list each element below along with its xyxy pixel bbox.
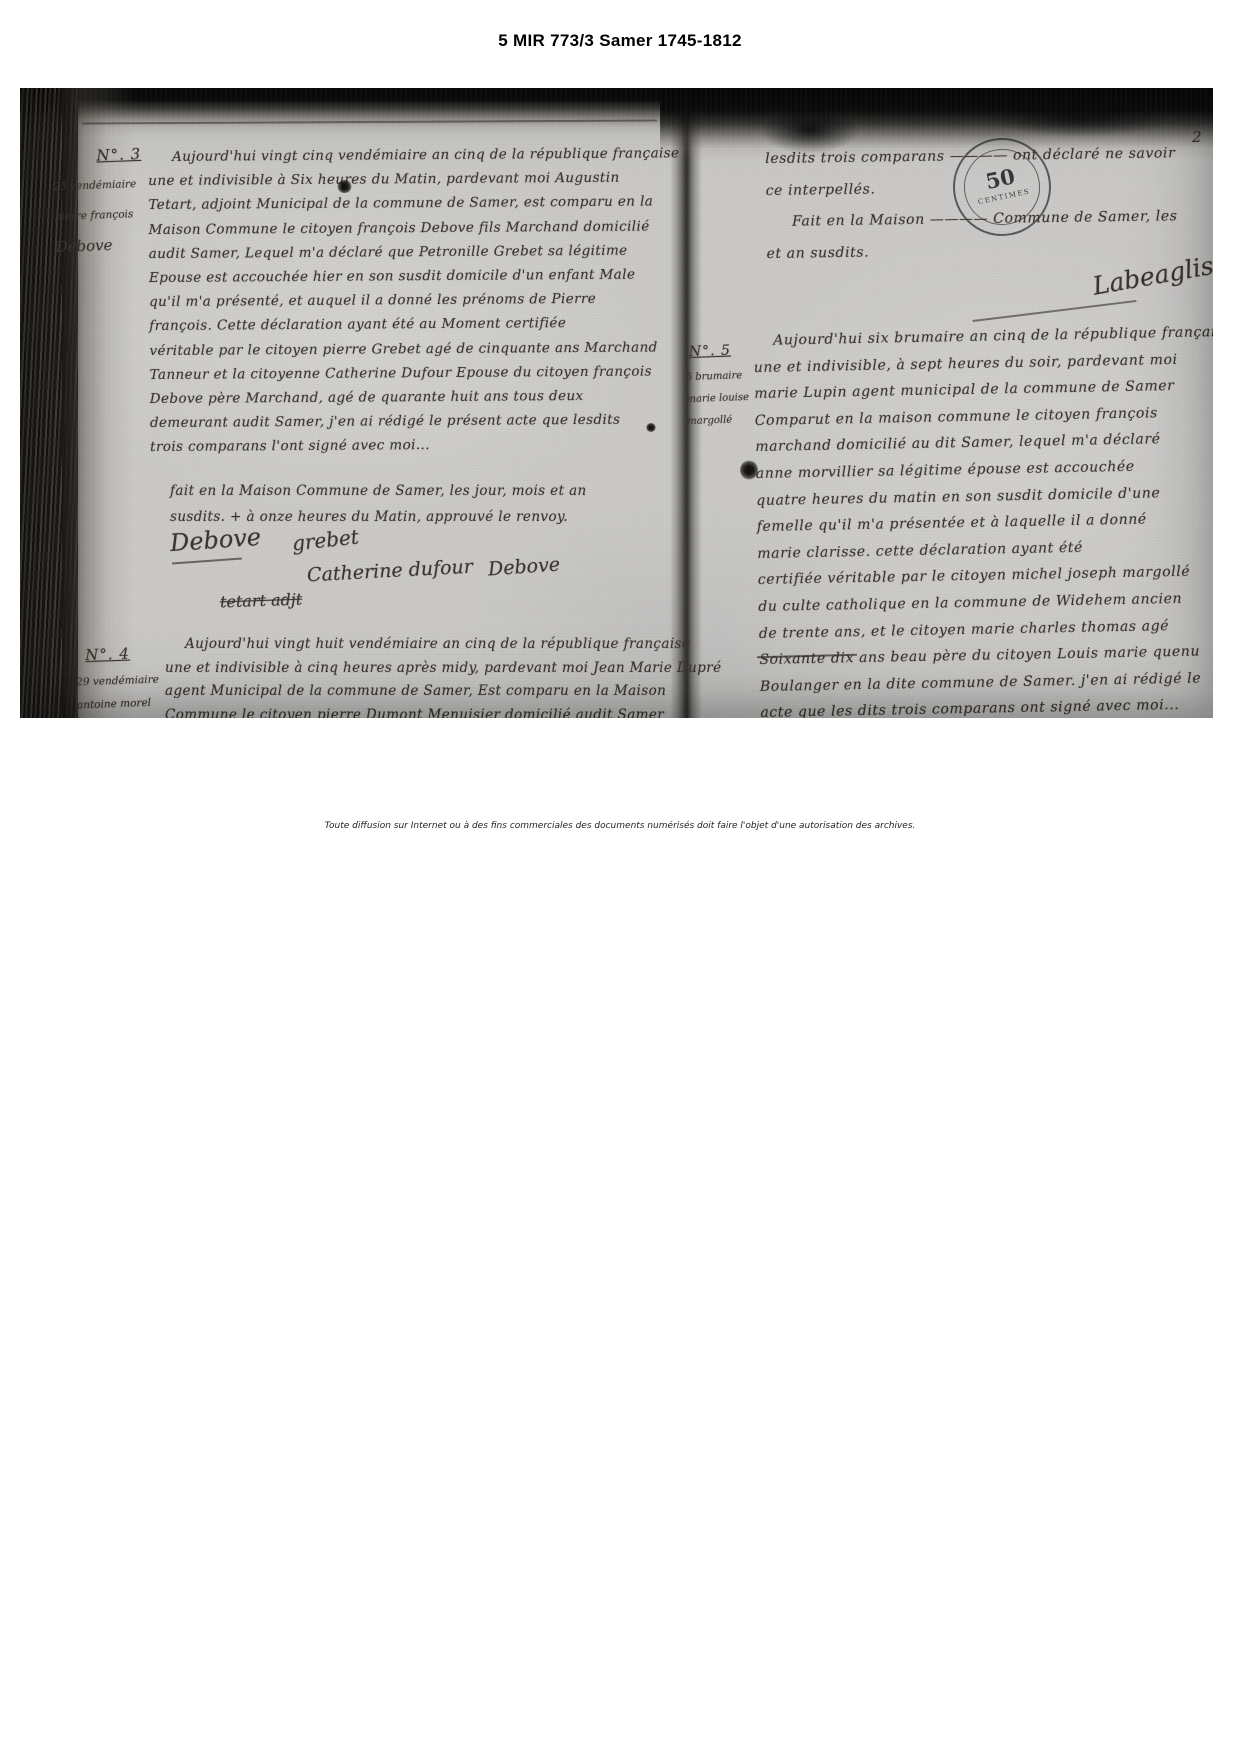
manuscript-line: françois. Cette déclaration ayant été au… [149, 311, 681, 339]
manuscript-line: agent Municipal de la commune de Samer, … [165, 680, 722, 704]
signature-tetart-adjoint: tetart adjt [220, 590, 303, 612]
entry3-text: Aujourd'hui vingt cinq vendémiaire an ci… [148, 141, 682, 459]
manuscript-line: et an susdits. [766, 233, 1178, 270]
manuscript-line: Commune le citoyen pierre Dumont Menuisi… [165, 704, 722, 719]
entry5-text: Aujourd'hui six brumaire an cinq de la r… [753, 319, 1213, 718]
ink-blot [646, 423, 656, 432]
manuscript-line: Aujourd'hui vingt huit vendémiaire an ci… [165, 633, 722, 657]
manuscript-line: Maison Commune le citoyen françois Debov… [149, 214, 681, 242]
manuscript-line: une et indivisible à cinq heures après m… [165, 657, 722, 681]
register-scan-image: 2 N°. 325 vendémiairepierre françoisDebo… [20, 88, 1213, 718]
manuscript-line: une et indivisible à Six heures du Matin… [148, 165, 680, 193]
previous-act-closing: lesdits trois comparans ———— ont déclaré… [765, 138, 1178, 270]
signature-flourish [172, 558, 242, 564]
margin-note: marie louise [686, 387, 749, 411]
margin-note: N°. 4 [75, 637, 159, 672]
entry4-text: Aujourd'hui vingt huit vendémiaire an ci… [165, 633, 722, 718]
signature-debove-2: Debove [487, 554, 560, 581]
entry3-closing: fait en la Maison Commune de Samer, les … [170, 478, 587, 530]
manuscript-line: Epouse est accouchée hier en son susdit … [149, 262, 681, 290]
manuscript-line: fait en la Maison Commune de Samer, les … [170, 478, 587, 504]
manuscript-line: Fait en la Maison ———— Commune de Samer,… [766, 201, 1178, 238]
margin-note: N°. 5 [684, 335, 747, 367]
ink-blot [337, 180, 352, 193]
manuscript-line: qu'il m'a présenté, et auquel il a donné… [149, 287, 681, 315]
signature-flourish [973, 300, 1137, 322]
margin-note: 6 brumaire [685, 365, 748, 389]
manuscript-line: trois comparans l'ont signé avec moi... [150, 432, 682, 460]
margin-note: antoine morel [77, 692, 160, 718]
manuscript-line: lesdits trois comparans ———— ont déclaré… [765, 138, 1177, 175]
manuscript-line: Debove père Marchand, agé de quarante hu… [150, 383, 682, 411]
margin-note: 29 vendémiaire [76, 669, 159, 695]
signature-debove: Debove [169, 523, 262, 557]
margin-note: margollé [687, 409, 750, 433]
manuscript-line: audit Samer, Lequel m'a déclaré que Petr… [149, 238, 681, 266]
manuscript-line: Tanneur et la citoyenne Catherine Dufour… [150, 359, 682, 387]
manuscript-line: Aujourd'hui vingt cinq vendémiaire an ci… [148, 141, 680, 169]
ink-blot [740, 460, 758, 480]
entry4-margin: N°. 429 vendémiaireantoine morel [75, 637, 160, 718]
manuscript-line: Tetart, adjoint Municipal de la commune … [148, 190, 680, 218]
entry5-margin: N°. 56 brumairemarie louisemargollé [684, 335, 750, 433]
archive-copyright-notice: Toute diffusion sur Internet ou à des fi… [0, 821, 1240, 831]
document-page: 5 MIR 773/3 Samer 1745-1812 2 N°. 325 ve… [0, 0, 1240, 1754]
folio-number: 2 [1192, 128, 1202, 146]
signature-catherine-dufour: Catherine dufour [307, 556, 474, 587]
page-title: 5 MIR 773/3 Samer 1745-1812 [0, 31, 1240, 51]
manuscript-line: demeurant audit Samer, j'en ai rédigé le… [150, 408, 682, 436]
manuscript-line: véritable par le citoyen pierre Grebet a… [149, 335, 681, 363]
